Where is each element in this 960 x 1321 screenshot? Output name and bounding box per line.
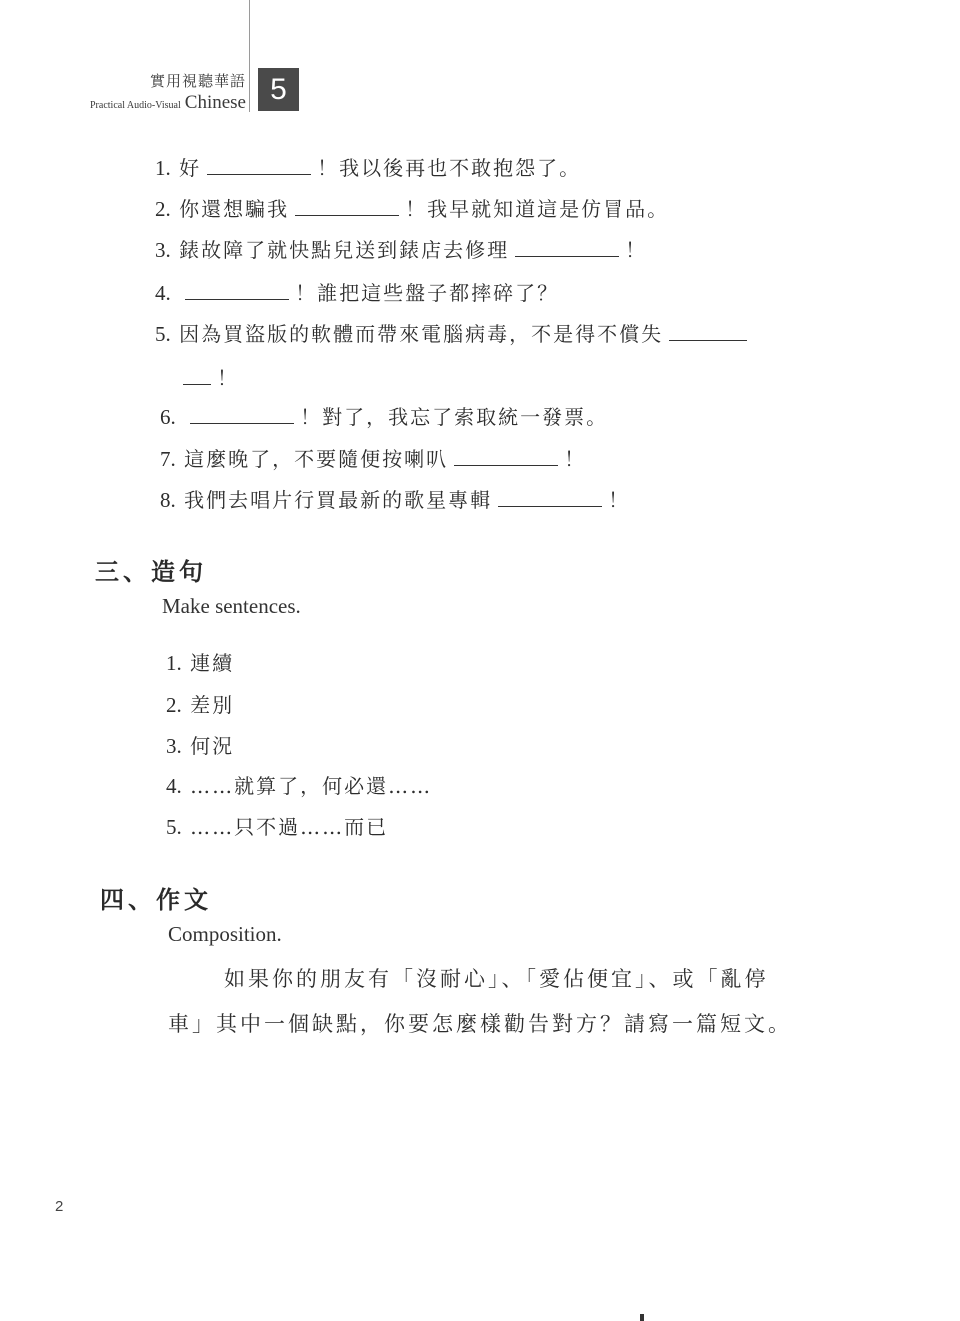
item-number: 5. [166,815,182,839]
item-number: 4. [155,281,171,305]
item-text: 連續 [190,651,234,675]
answer-blank[interactable] [454,464,558,466]
item-text: ……只不過……而已 [190,815,388,839]
section-subtitle-composition: Composition. [168,922,282,947]
item-number: 4. [166,774,182,798]
item-text-after: ！ [217,366,239,390]
item-text-before: 好 [179,156,201,180]
item-number: 6. [160,405,176,429]
item-number: 8. [160,488,176,512]
book-title-english: Practical Audio-Visual Chinese [60,92,246,114]
item-text-after: ！我以後再也不敢抱怨了。 [317,156,581,180]
header-divider [249,0,250,112]
item-text-after: ！對了，我忘了索取統一發票。 [300,405,608,429]
fill-in-item-6: 6. ！對了，我忘了索取統一發票。 [160,401,608,430]
section-heading-make-sentences: 三、造句 [95,552,207,587]
item-text-after: ！我早就知道這是仿冒品。 [405,197,669,221]
item-text-before: 因為買盜版的軟體而帶來電腦病毒，不是得不償失 [179,322,663,346]
item-text: 差別 [190,693,234,717]
sentence-item-2: 2. 差別 [166,689,234,718]
answer-blank[interactable] [515,255,619,257]
composition-prompt-line-1: 如果你的朋友有「沒耐心」、「愛佔便宜」、或「亂停 [224,963,769,993]
fill-in-item-5-continuation: ！ [183,362,239,391]
page-number: 2 [55,1198,63,1215]
volume-badge: 5 [258,68,299,111]
item-number: 7. [160,447,176,471]
item-text-after: ！ [608,488,630,512]
section-heading-composition: 四、作文 [100,880,212,915]
item-text-before: 你還想騙我 [179,197,289,221]
fill-in-item-8: 8. 我們去唱片行買最新的歌星專輯！ [160,484,630,513]
answer-blank[interactable] [207,173,311,175]
sentence-item-1: 1. 連續 [166,647,234,676]
item-text: 何況 [190,734,234,758]
fill-in-item-2: 2. 你還想騙我！我早就知道這是仿冒品。 [155,193,669,222]
item-number: 1. [166,651,182,675]
item-number: 3. [166,734,182,758]
book-title-english-big: Chinese [185,92,246,113]
answer-blank[interactable] [498,505,602,507]
print-mark [640,1314,644,1321]
answer-blank[interactable] [669,339,747,341]
fill-in-item-1: 1. 好！我以後再也不敢抱怨了。 [155,152,581,181]
item-number: 3. [155,238,171,262]
book-title-english-small: Practical Audio-Visual [90,100,181,111]
item-text-before: 錶故障了就快點兒送到錶店去修理 [179,238,509,262]
book-title-chinese: 實用視聽華語 [140,70,246,91]
item-number: 5. [155,322,171,346]
answer-blank[interactable] [185,298,289,300]
answer-blank-continued[interactable] [183,383,211,385]
fill-in-item-7: 7. 這麼晚了，不要隨便按喇叭！ [160,443,586,472]
fill-in-item-5: 5. 因為買盜版的軟體而帶來電腦病毒，不是得不償失 [155,318,753,347]
item-text-before: 我們去唱片行買最新的歌星專輯 [184,488,492,512]
fill-in-item-4: 4. ！誰把這些盤子都摔碎了？ [155,277,559,306]
item-text-after: ！ [625,238,647,262]
item-number: 1. [155,156,171,180]
answer-blank[interactable] [295,214,399,216]
item-number: 2. [166,693,182,717]
item-text-after: ！ [564,447,586,471]
item-number: 2. [155,197,171,221]
section-subtitle-make-sentences: Make sentences. [162,594,301,619]
answer-blank[interactable] [190,422,294,424]
composition-prompt-line-2: 車」其中一個缺點，你要怎麼樣勸告對方？請寫一篇短文。 [168,1008,792,1038]
item-text-after: ！誰把這些盤子都摔碎了？ [295,281,559,305]
sentence-item-3: 3. 何況 [166,730,234,759]
sentence-item-5: 5. ……只不過……而已 [166,811,388,840]
sentence-item-4: 4. ……就算了，何必還…… [166,770,432,799]
item-text: ……就算了，何必還…… [190,774,432,798]
item-text-before: 這麼晚了，不要隨便按喇叭 [184,447,448,471]
fill-in-item-3: 3. 錶故障了就快點兒送到錶店去修理！ [155,234,647,263]
